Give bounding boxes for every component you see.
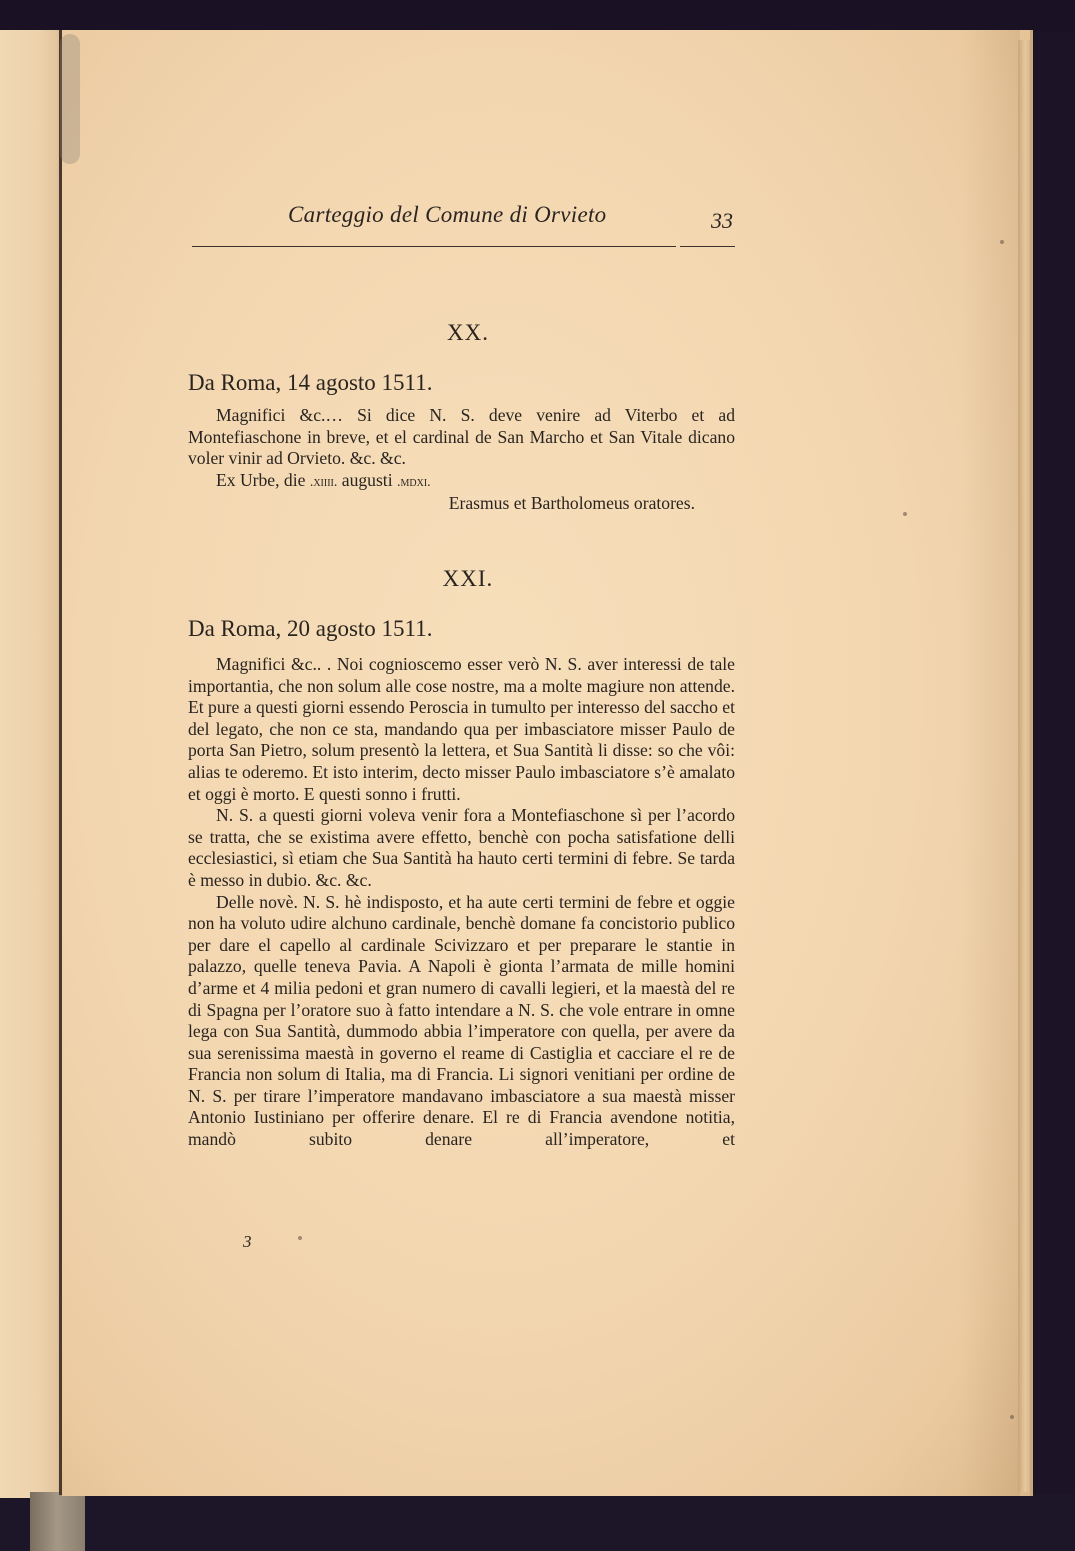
closing-year: .mdxi.	[397, 475, 431, 490]
page-fore-edge	[1018, 40, 1030, 1492]
page-shadow	[960, 30, 1020, 1496]
document-dateline: Da Roma, 14 agosto 1511.	[188, 370, 432, 396]
page-number: 33	[711, 208, 733, 234]
document-body: Magnifici &c.. . Noi cognioscemo esser v…	[188, 654, 735, 1151]
paper-speck	[1000, 240, 1004, 244]
running-head: Carteggio del Comune di Orvieto 33	[192, 198, 735, 238]
header-rule-gap	[676, 245, 680, 248]
closing-prefix: Ex Urbe, die	[216, 470, 310, 490]
closing-middle: augusti	[337, 470, 397, 490]
body-paragraph: Delle novè. N. S. hè indisposto, et ha a…	[188, 892, 735, 1151]
running-title: Carteggio del Comune di Orvieto	[288, 202, 607, 228]
body-paragraph: Magnifici &c.. . Noi cognioscemo esser v…	[188, 654, 735, 805]
paper-speck	[298, 1236, 302, 1240]
scan-backdrop-bottom	[0, 1494, 1075, 1551]
book-binding	[30, 1492, 85, 1551]
facing-page-edge	[0, 30, 62, 1498]
document-number: XXI.	[188, 566, 748, 592]
closing-day: .xiiii.	[310, 475, 338, 490]
paper-speck	[1010, 1415, 1014, 1419]
document-body: Magnifici &c.… Si dice N. S. deve venire…	[188, 405, 735, 515]
gutter-stain	[60, 34, 80, 164]
document-dateline: Da Roma, 20 agosto 1511.	[188, 616, 432, 642]
body-paragraph: Magnifici &c.… Si dice N. S. deve venire…	[188, 405, 735, 470]
paper-speck	[903, 512, 907, 516]
scan-backdrop-top	[0, 0, 1075, 32]
signature-mark: 3	[243, 1232, 252, 1252]
header-rule	[192, 246, 735, 247]
closing-date: Ex Urbe, die .xiiii. augusti .mdxi.	[188, 470, 735, 494]
document-number: XX.	[188, 320, 748, 346]
signature: Erasmus et Bartholomeus oratores.	[188, 493, 735, 515]
gutter-line	[59, 30, 62, 1495]
body-paragraph: N. S. a questi giorni voleva venir fora …	[188, 805, 735, 891]
